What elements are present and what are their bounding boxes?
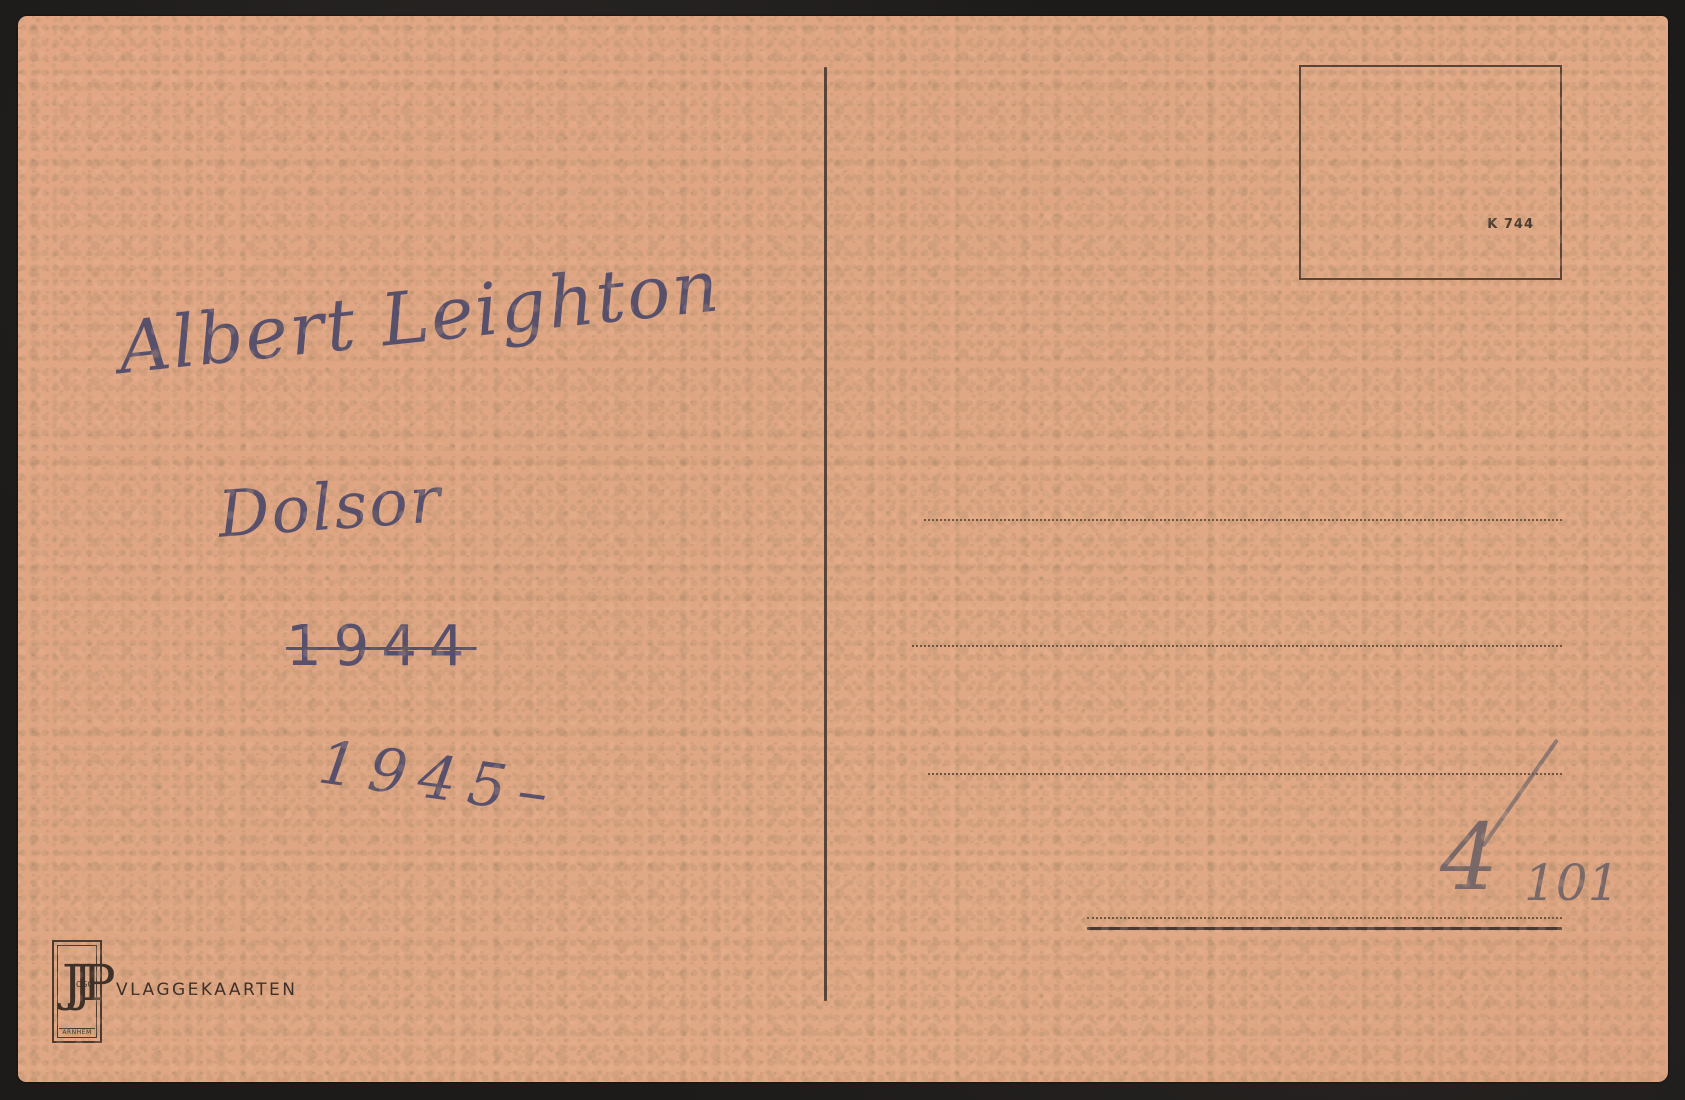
handwritten-name: Albert Leighton: [114, 243, 724, 390]
publisher-logo: JJP OSC ARNHEM: [52, 940, 102, 1043]
address-line-2: [912, 645, 1562, 647]
handwritten-year-struck-through: 1944: [286, 614, 477, 679]
address-line-4: [1087, 917, 1562, 919]
handwritten-place: Dolsor: [216, 463, 445, 552]
publisher-monogram-sub: OSC: [76, 980, 93, 989]
address-underline: [1087, 927, 1562, 930]
handwritten-year: 1945–: [314, 727, 564, 830]
pencil-code-note: 101: [1524, 854, 1619, 912]
vertical-divider: [824, 67, 827, 1001]
publisher-city: ARNHEM: [59, 1028, 95, 1036]
address-line-1: [924, 519, 1562, 521]
stamp-code: K 744: [1487, 217, 1534, 232]
pencil-price-note: 4: [1440, 804, 1499, 911]
publisher-logo-frame: JJP OSC ARNHEM: [57, 945, 97, 1038]
publisher-brand: VLAGGEKAARTEN: [116, 980, 297, 1000]
stamp-box: K 744: [1299, 65, 1562, 280]
address-line-3: [928, 773, 1562, 775]
postcard-back: Albert Leighton Dolsor 1944 1945– K 744 …: [18, 16, 1668, 1082]
